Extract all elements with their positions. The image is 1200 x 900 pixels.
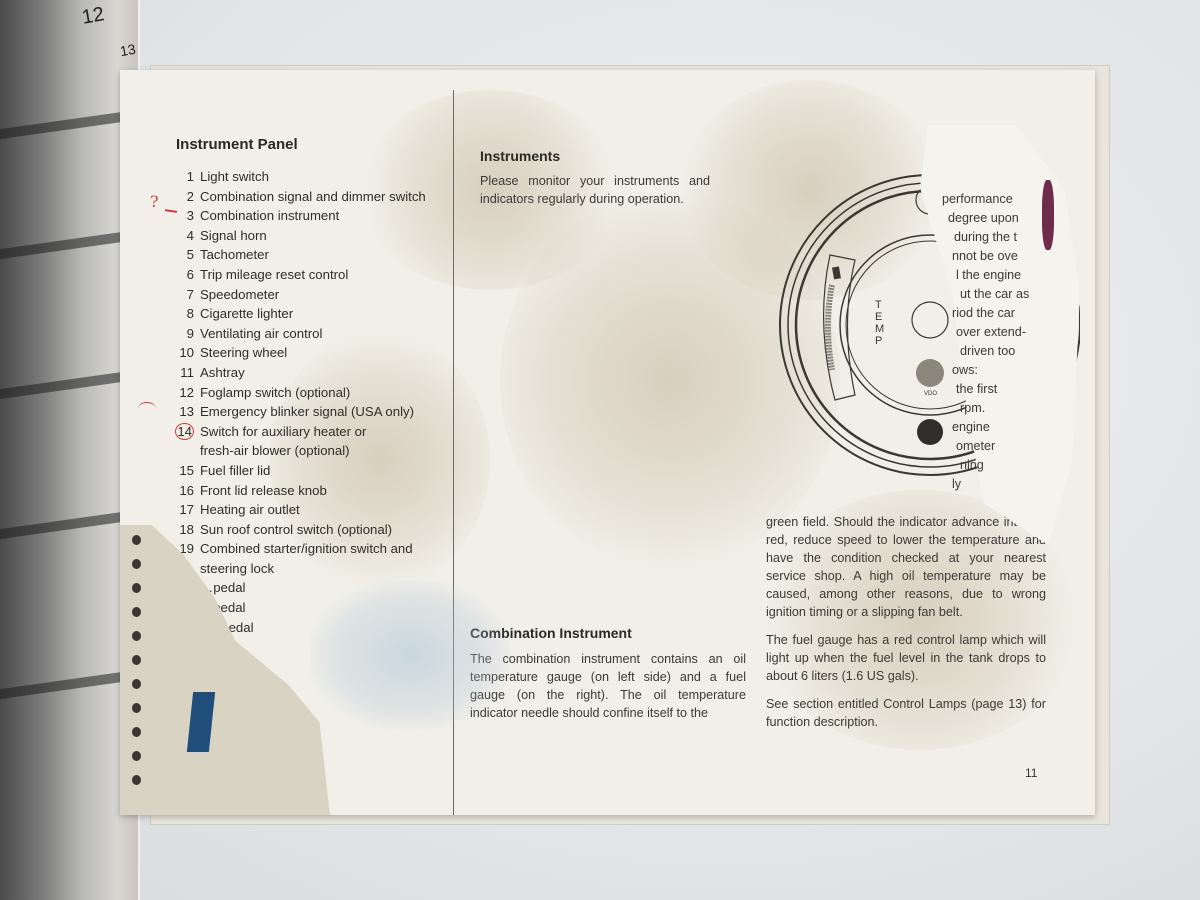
page-number-13: 13: [119, 41, 137, 59]
combination-instrument-title: Combination Instrument: [470, 625, 746, 641]
page-number-12: 12: [80, 3, 106, 30]
handwritten-question-mark: ?: [150, 192, 159, 211]
fragment-line: over extend-: [942, 323, 1062, 342]
item-label: Light switch: [200, 167, 269, 187]
item-label: Switch for auxiliary heater or: [200, 422, 366, 442]
list-item: 3Combination instrument: [176, 206, 476, 226]
manual-page: Instrument Panel 1Light switch2Combinati…: [120, 70, 1095, 815]
item-number: 5: [176, 245, 194, 265]
oil-temperature-paragraph: green field. Should the indicator advanc…: [766, 513, 1046, 621]
list-item: 15Fuel filler lid: [176, 461, 476, 481]
combination-instrument-section: Combination Instrument The combination i…: [470, 625, 746, 722]
item-number: 10: [176, 343, 194, 363]
binding-hole: [132, 583, 141, 593]
item-label: Combined starter/ignition switch and: [200, 539, 413, 559]
list-item: fresh-air blower (optional): [176, 441, 476, 461]
item-label: Signal horn: [200, 226, 267, 246]
item-number: 15: [176, 461, 194, 481]
item-number: 14: [176, 422, 194, 442]
photo-stripe: [0, 231, 130, 259]
list-item: 16Front lid release knob: [176, 481, 476, 501]
combination-instrument-body: The combination instrument contains an o…: [470, 650, 746, 722]
item-number: 9: [176, 324, 194, 344]
binding-hole: [132, 751, 141, 761]
item-label: steering lock: [200, 559, 274, 579]
list-item: 9Ventilating air control: [176, 324, 476, 344]
list-item: 13Emergency blinker signal (USA only): [176, 402, 476, 422]
photo-stripe: [0, 111, 130, 139]
fragment-line: ows:: [942, 361, 1062, 380]
circled-number-annotation: 14: [175, 423, 194, 440]
fragment-line: performance: [942, 190, 1062, 209]
fragment-line: ut the car as: [942, 285, 1062, 304]
fragment-line: rpm.: [942, 399, 1062, 418]
instruments-section: Instruments Please monitor your instrume…: [480, 148, 750, 208]
binding-hole: [132, 631, 141, 641]
list-item: 2Combination signal and dimmer switch: [176, 187, 476, 207]
item-number: 6: [176, 265, 194, 285]
fragment-line: nnot be ove: [942, 247, 1062, 266]
photo-stripe: [0, 371, 130, 399]
binding-hole: [132, 655, 141, 665]
list-item: 5Tachometer: [176, 245, 476, 265]
item-label: Heating air outlet: [200, 500, 300, 520]
binding-hole: [132, 679, 141, 689]
item-number: 8: [176, 304, 194, 324]
item-number: 7: [176, 285, 194, 305]
item-label: Emergency blinker signal (USA only): [200, 402, 414, 422]
fragment-line: engine: [942, 418, 1062, 437]
fragment-line: l the engine: [942, 266, 1062, 285]
fragment-line: driven too: [942, 342, 1062, 361]
item-number: 13: [176, 402, 194, 422]
item-label: Speedometer: [200, 285, 279, 305]
item-number: 12: [176, 383, 194, 403]
vdo-brand: VDO: [924, 391, 937, 397]
list-item: 19Combined starter/ignition switch and: [176, 539, 476, 559]
previous-page-curl: 12 13: [0, 0, 140, 900]
item-number: 4: [176, 226, 194, 246]
binding-hole: [132, 607, 141, 617]
binding-hole: [132, 727, 141, 737]
item-number: [176, 441, 194, 461]
list-item: 17Heating air outlet: [176, 500, 476, 520]
item-label: Fuel filler lid: [200, 461, 270, 481]
fragment-line: during the t: [942, 228, 1062, 247]
item-label: Front lid release knob: [200, 481, 327, 501]
list-item: 18Sun roof control switch (optional): [176, 520, 476, 540]
item-number: 11: [176, 363, 194, 383]
photo-stripe: [0, 511, 130, 539]
fragment-line: riod the car: [942, 304, 1062, 323]
photo-stripe: [0, 671, 130, 699]
item-label: Tachometer: [200, 245, 269, 265]
item-number: 3: [176, 206, 194, 226]
fragment-line: ly: [942, 475, 1062, 494]
item-label: Sun roof control switch (optional): [200, 520, 392, 540]
binding-hole: [132, 775, 141, 785]
item-label: Combination instrument: [200, 206, 339, 226]
binding-hole: [132, 535, 141, 545]
item-label: fresh-air blower (optional): [200, 441, 350, 461]
fuel-gauge-paragraph: The fuel gauge has a red control lamp wh…: [766, 631, 1046, 685]
control-lamps-reference: See section entitled Control Lamps (page…: [766, 695, 1046, 731]
list-item: 8Cigarette lighter: [176, 304, 476, 324]
item-label: Steering wheel: [200, 343, 287, 363]
instrument-panel-title: Instrument Panel: [176, 136, 476, 153]
handwritten-arrow: [138, 402, 156, 416]
item-label: Ventilating air control: [200, 324, 322, 344]
item-number: 2: [176, 187, 194, 207]
fragment-line: ometer: [942, 437, 1062, 456]
list-item: 12Foglamp switch (optional): [176, 383, 476, 403]
item-number: 17: [176, 500, 194, 520]
list-item: 4Signal horn: [176, 226, 476, 246]
water-damage: [310, 580, 510, 730]
list-item: steering lock: [176, 559, 476, 579]
item-number: 16: [176, 481, 194, 501]
item-label: Trip mileage reset control: [200, 265, 348, 285]
binding-hole: [132, 703, 141, 713]
list-item: 11Ashtray: [176, 363, 476, 383]
list-item: 14Switch for auxiliary heater or: [176, 422, 476, 442]
item-label: Cigarette lighter: [200, 304, 293, 324]
fragment-line: ning: [942, 456, 1062, 475]
instruments-title: Instruments: [480, 148, 750, 164]
list-item: 6Trip mileage reset control: [176, 265, 476, 285]
binding-hole: [132, 559, 141, 569]
page-number: 11: [1025, 766, 1037, 780]
instruments-body: Please monitor your instruments and indi…: [480, 172, 710, 208]
item-label: Combination signal and dimmer switch: [200, 187, 426, 207]
fragment-line: degree upon: [942, 209, 1062, 228]
item-number: 18: [176, 520, 194, 540]
right-column-text: green field. Should the indicator advanc…: [766, 513, 1046, 731]
list-item: 1Light switch: [176, 167, 476, 187]
item-label: Foglamp switch (optional): [200, 383, 350, 403]
fragment-line: the first: [942, 380, 1062, 399]
item-label: Ashtray: [200, 363, 245, 383]
binding-holes: [132, 535, 141, 799]
list-item: 7Speedometer: [176, 285, 476, 305]
torn-fragment-text: performancedegree uponduring the tnnot b…: [942, 190, 1062, 494]
temp-label: TEMP: [875, 299, 884, 347]
item-number: 1: [176, 167, 194, 187]
list-item: 10Steering wheel: [176, 343, 476, 363]
